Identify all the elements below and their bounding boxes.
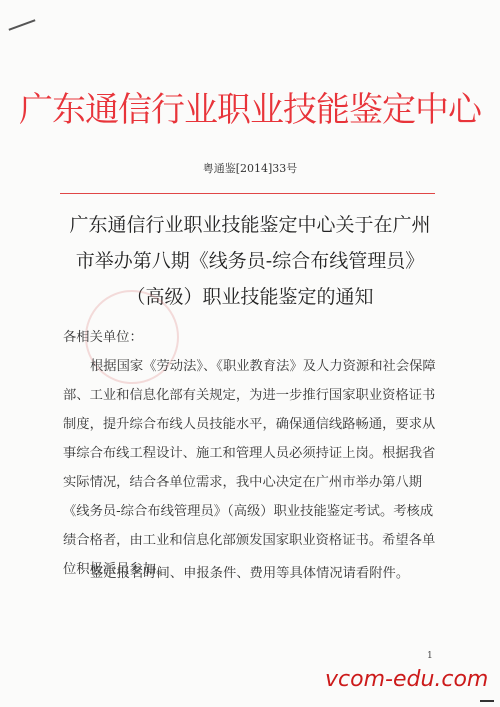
pen-mark — [9, 19, 36, 30]
page-number: 1 — [427, 651, 433, 661]
body-paragraph-2: 鉴定报名时间、申报条件、费用等具体情况请看附件。 — [63, 562, 443, 586]
document-number: 粤通鉴[2014]33号 — [0, 160, 500, 176]
header-divider — [60, 193, 435, 194]
organization-header: 广东通信行业职业技能鉴定中心 — [0, 82, 500, 131]
title-line-1: 广东通信行业职业技能鉴定中心关于在广州 — [50, 210, 450, 237]
document-page: 广东通信行业职业技能鉴定中心 粤通鉴[2014]33号 广东通信行业职业技能鉴定… — [0, 0, 500, 707]
watermark: vcom-edu.com — [325, 667, 488, 692]
corner-mark — [480, 700, 494, 702]
body-paragraph-1: 根据国家《劳动法》、《职业教育法》及人力资源和社会保障部、工业和信息化部有关规定… — [63, 352, 443, 584]
title-line-2: 市举办第八期《线务员-综合布线管理员》 — [50, 246, 450, 273]
salutation: 各相关单位： — [63, 326, 443, 350]
